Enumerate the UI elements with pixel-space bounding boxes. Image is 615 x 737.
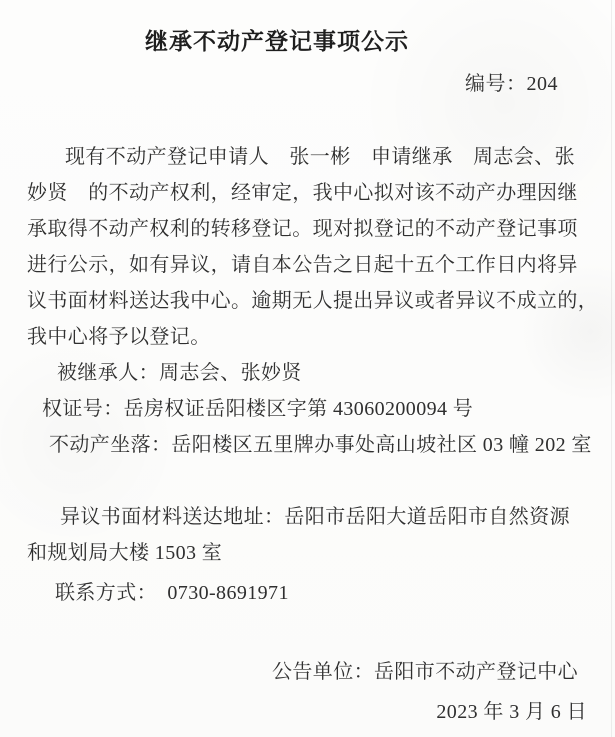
property-location-field: 不动产坐落：岳阳楼区五里牌办事处高山坡社区 03 幢 202 室: [27, 427, 615, 463]
contact-line: 联系方式： 0730-8691971: [27, 575, 615, 611]
paragraph-line-1: 现有不动产登记申请人 张一彬 申请继承 周志会、张: [27, 139, 615, 175]
issuer-line: 公告单位：岳阳市不动产登记中心: [27, 654, 615, 690]
certificate-number-field: 权证号：岳房权证岳阳楼区字第 43060200094 号: [27, 391, 615, 427]
fields-section: 被继承人：周志会、张妙贤 权证号：岳房权证岳阳楼区字第 43060200094 …: [27, 355, 615, 463]
paragraph-line-4: 进行公示，如有异议，请自本公告之日起十五个工作日内将异: [27, 247, 615, 283]
decedent-field: 被继承人：周志会、张妙贤: [27, 355, 615, 391]
announcement-document: 继承不动产登记事项公示 编号：204 现有不动产登记申请人 张一彬 申请继承 周…: [0, 0, 615, 737]
objection-address-line-1: 异议书面材料送达地址：岳阳市岳阳大道岳阳市自然资源: [27, 499, 615, 535]
paragraph-line-6: 我中心将予以登记。: [27, 319, 615, 355]
paragraph-line-2: 妙贤 的不动产权利，经审定，我中心拟对该不动产办理因继: [27, 175, 615, 211]
paragraph-line-5: 议书面材料送达我中心。逾期无人提出异议或者异议不成立的，: [27, 283, 615, 319]
date-line: 2023 年 3 月 6 日: [27, 694, 615, 730]
main-paragraph: 现有不动产登记申请人 张一彬 申请继承 周志会、张 妙贤 的不动产权利，经审定，…: [27, 139, 615, 355]
document-number: 编号：204: [27, 69, 615, 99]
objection-address-line-2: 和规划局大楼 1503 室: [27, 535, 615, 571]
footer-section: 公告单位：岳阳市不动产登记中心 2023 年 3 月 6 日: [27, 654, 615, 730]
paragraph-line-3: 承取得不动产权利的转移登记。现对拟登记的不动产登记事项: [27, 211, 615, 247]
objection-address-section: 异议书面材料送达地址：岳阳市岳阳大道岳阳市自然资源 和规划局大楼 1503 室: [27, 499, 615, 571]
document-title: 继承不动产登记事项公示: [27, 25, 615, 59]
